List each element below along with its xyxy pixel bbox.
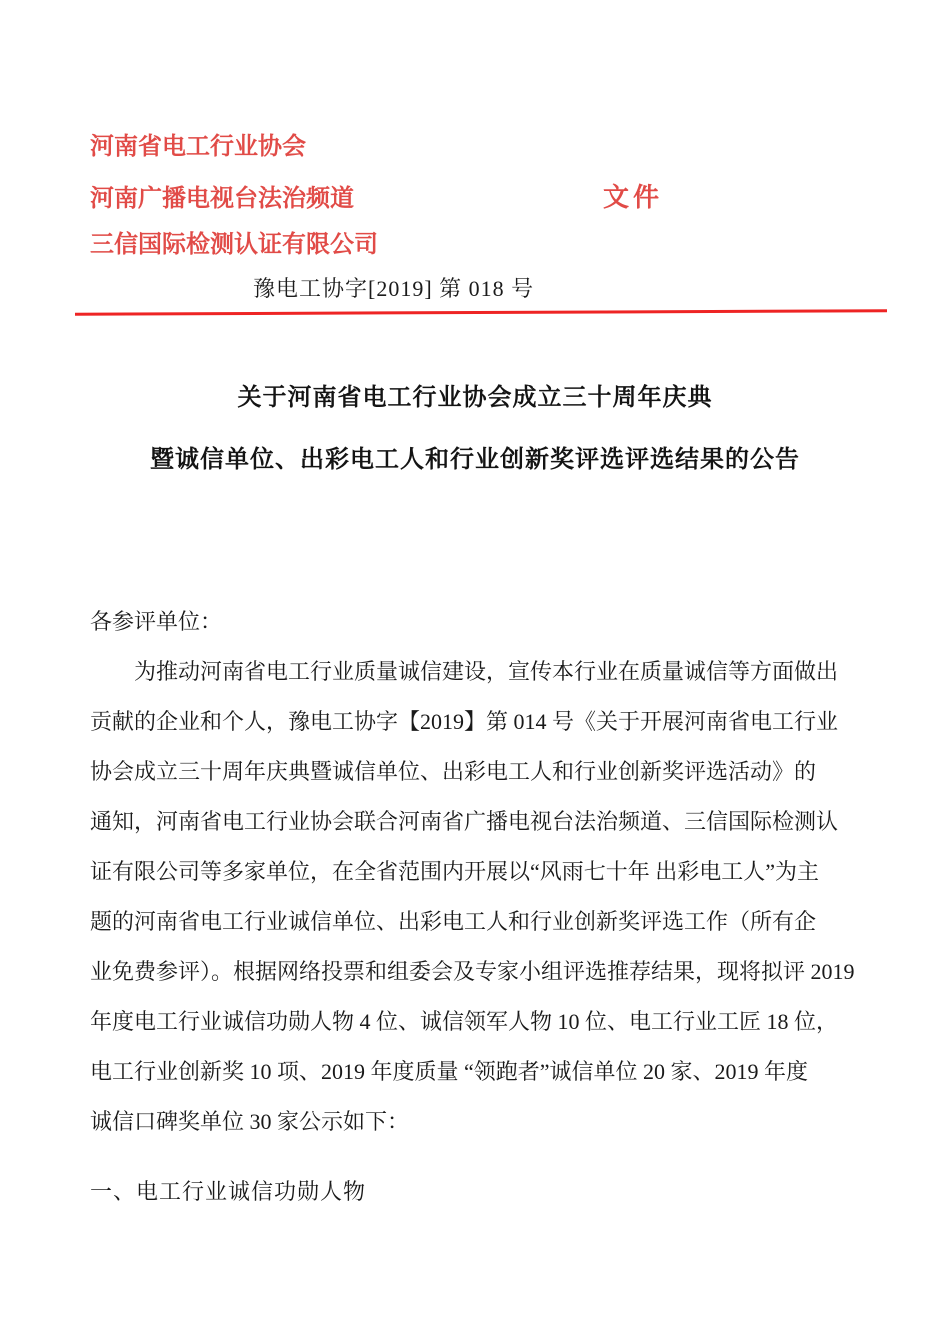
paragraph-line: 电工行业创新奖 10 项、2019 年度质量 “领跑者”诚信单位 20 家、20… [90, 1047, 880, 1097]
paragraph-line: 业免费参评）。根据网络投票和组委会及专家小组评选推荐结果，现将拟评 2019 [90, 947, 880, 997]
salutation: 各参评单位： [90, 597, 880, 647]
letterhead-org-1: 河南省电工行业协会 [90, 126, 306, 161]
paragraph-line: 为推动河南省电工行业质量诚信建设，宣传本行业在质量诚信等方面做出 [90, 647, 880, 697]
paragraph-line: 年度电工行业诚信功勋人物 4 位、诚信领军人物 10 位、电工行业工匠 18 位… [90, 997, 880, 1047]
paragraph-line: 题的河南省电工行业诚信单位、出彩电工人和行业创新奖评选工作（所有企 [90, 897, 880, 947]
document-number: 豫电工协字[2019] 第 018 号 [253, 272, 534, 303]
letterhead-file-label: 文件 [603, 177, 663, 214]
document-title-line-2: 暨诚信单位、出彩电工人和行业创新奖评选评选结果的公告 [0, 439, 950, 474]
red-divider-line [75, 309, 887, 316]
letterhead-org-3: 三信国际检测认证有限公司 [90, 224, 378, 259]
document-page: 河南省电工行业协会 河南广播电视台法治频道 三信国际检测认证有限公司 文件 豫电… [0, 0, 950, 1343]
paragraph-line: 证有限公司等多家单位，在全省范围内开展以“风雨七十年 出彩电工人”为主 [90, 847, 880, 897]
section-heading: 一、电工行业诚信功勋人物 [90, 1167, 880, 1217]
document-body: 各参评单位： 为推动河南省电工行业质量诚信建设，宣传本行业在质量诚信等方面做出 … [90, 597, 880, 1217]
document-title-line-1: 关于河南省电工行业协会成立三十周年庆典 [0, 377, 950, 412]
paragraph-line: 贡献的企业和个人，豫电工协字【2019】第 014 号《关于开展河南省电工行业 [90, 697, 880, 747]
letterhead-org-2: 河南广播电视台法治频道 [90, 178, 354, 213]
paragraph-line: 协会成立三十周年庆典暨诚信单位、出彩电工人和行业创新奖评选活动》的 [90, 747, 880, 797]
paragraph-line: 通知，河南省电工行业协会联合河南省广播电视台法治频道、三信国际检测认 [90, 797, 880, 847]
paragraph-line: 诚信口碑奖单位 30 家公示如下： [90, 1097, 880, 1147]
